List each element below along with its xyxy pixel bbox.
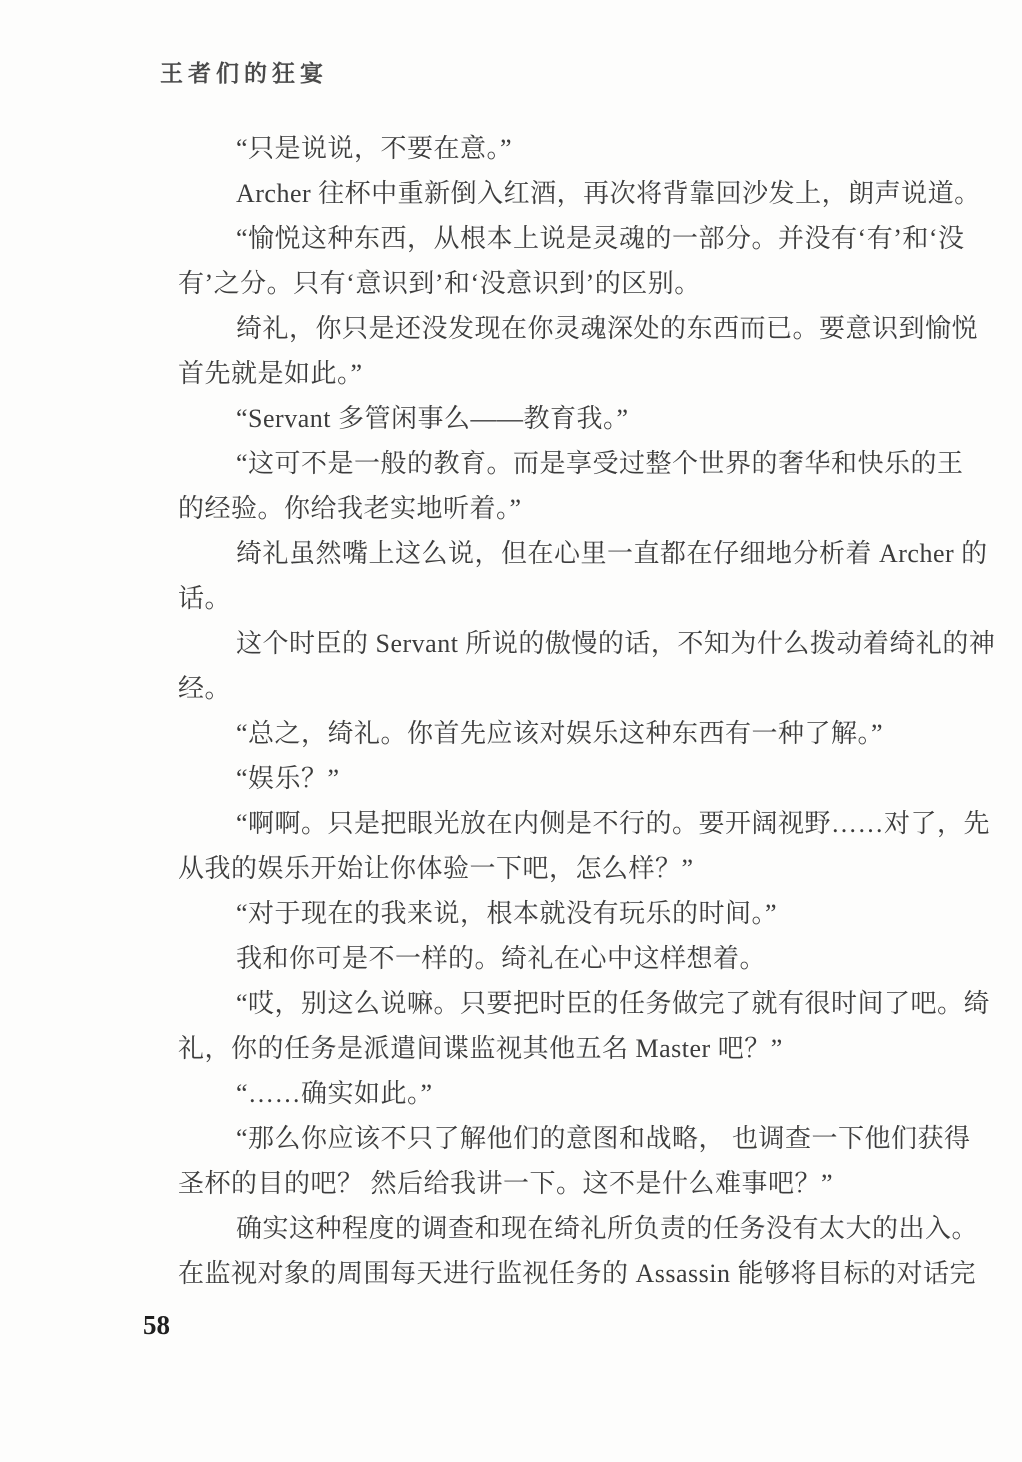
text-line: Archer 往杯中重新倒入红酒，再次将背靠回沙发上，朗声说道。: [178, 171, 958, 216]
book-page: 王者们的狂宴 “只是说说，不要在意。”Archer 往杯中重新倒入红酒，再次将背…: [0, 0, 1022, 1462]
text-line: 在监视对象的周围每天进行监视任务的 Assassin 能够将目标的对话完: [178, 1251, 958, 1296]
text-line: “这可不是一般的教育。而是享受过整个世界的奢华和快乐的王: [178, 441, 958, 486]
text-line: 经。: [178, 666, 958, 711]
text-line: 绮礼，你只是还没发现在你灵魂深处的东西而已。要意识到愉悦: [178, 306, 958, 351]
text-line: 圣杯的目的吧？ 然后给我讲一下。这不是什么难事吧？”: [178, 1161, 958, 1206]
text-line: 确实这种程度的调查和现在绮礼所负责的任务没有太大的出入。: [178, 1206, 958, 1251]
text-line: 的经验。你给我老实地听着。”: [178, 486, 958, 531]
text-line: 首先就是如此。”: [178, 351, 958, 396]
text-line: 有’之分。只有‘意识到’和‘没意识到’的区别。: [178, 261, 958, 306]
text-line: “Servant 多管闲事么——教育我。”: [178, 396, 958, 441]
body-text: “只是说说，不要在意。”Archer 往杯中重新倒入红酒，再次将背靠回沙发上，朗…: [178, 126, 958, 1296]
text-line: “啊啊。只是把眼光放在内侧是不行的。要开阔视野……对了，先: [178, 801, 958, 846]
text-line: 我和你可是不一样的。绮礼在心中这样想着。: [178, 936, 958, 981]
text-line: “娱乐？”: [178, 756, 958, 801]
text-line: “哎，别这么说嘛。只要把时臣的任务做完了就有很时间了吧。绮: [178, 981, 958, 1026]
text-line: “总之，绮礼。你首先应该对娱乐这种东西有一种了解。”: [178, 711, 958, 756]
text-line: “愉悦这种东西，从根本上说是灵魂的一部分。并没有‘有’和‘没: [178, 216, 958, 261]
text-line: 绮礼虽然嘴上这么说，但在心里一直都在仔细地分析着 Archer 的: [178, 531, 958, 576]
text-line: 礼，你的任务是派遣间谍监视其他五名 Master 吧？”: [178, 1026, 958, 1071]
text-line: “对于现在的我来说，根本就没有玩乐的时间。”: [178, 891, 958, 936]
text-line: 这个时臣的 Servant 所说的傲慢的话，不知为什么拨动着绮礼的神: [178, 621, 958, 666]
text-line: 话。: [178, 576, 958, 621]
page-number: 58: [143, 1310, 170, 1341]
running-header: 王者们的狂宴: [160, 55, 328, 88]
text-line: “……确实如此。”: [178, 1071, 958, 1116]
text-line: “只是说说，不要在意。”: [178, 126, 958, 171]
text-line: 从我的娱乐开始让你体验一下吧，怎么样？”: [178, 846, 958, 891]
text-line: “那么你应该不只了解他们的意图和战略， 也调查一下他们获得: [178, 1116, 958, 1161]
